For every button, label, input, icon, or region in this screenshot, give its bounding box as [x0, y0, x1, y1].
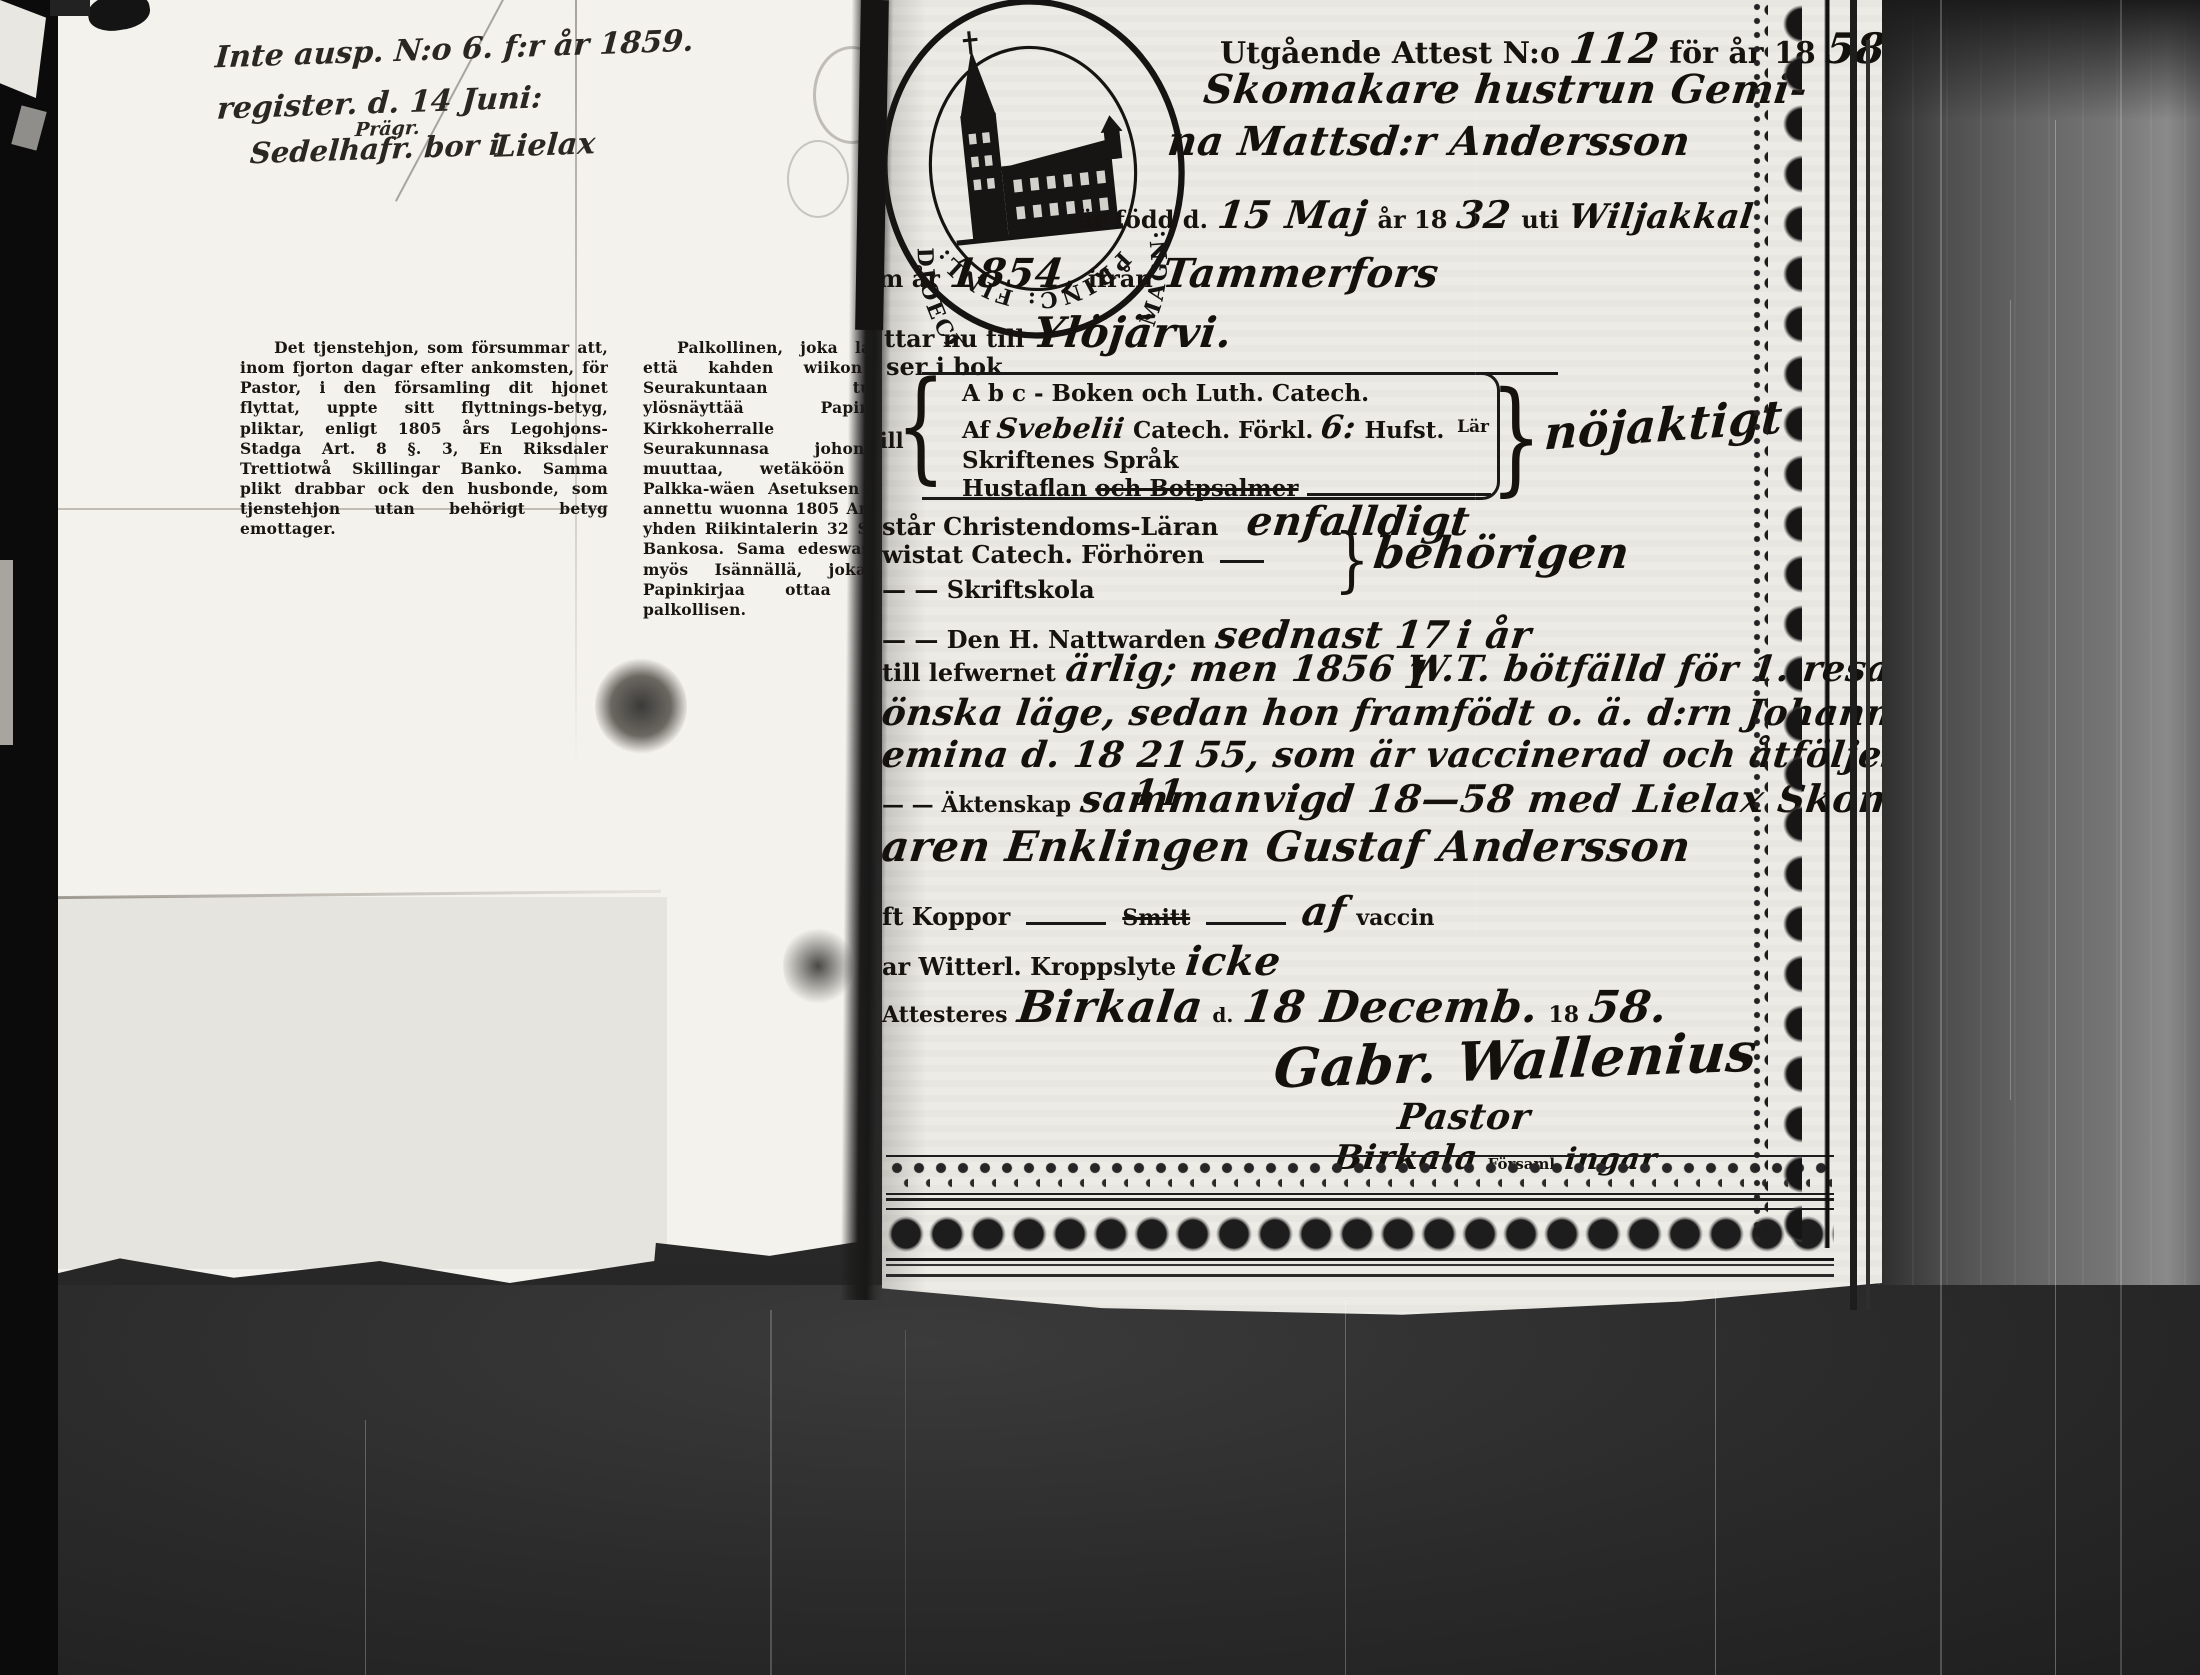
reading-skills-box: A b c - Boken och Luth. Catech. Af Svebe…: [922, 372, 1500, 500]
reading-verdict: nöjaktigt: [1542, 390, 1784, 461]
destination-place: Ylöjärvi.: [1031, 308, 1235, 357]
born-place-label: uti: [1521, 205, 1559, 234]
born-year-label: år 18: [1377, 205, 1447, 234]
dash-mark: [1206, 909, 1286, 925]
book-gutter-shadow-top: [855, 0, 889, 330]
behorigen-note: behörigen: [1374, 528, 1629, 579]
spouse-name-text: aren Enklingen Gustaf Andersson: [879, 822, 1694, 871]
film-scratch: [2055, 120, 2056, 1675]
dash-mark: [1026, 909, 1106, 925]
ornamental-bottom-rule: [886, 1274, 1834, 1277]
paper-fragment: [0, 560, 13, 745]
smallpox-by: af: [1299, 888, 1349, 935]
left-page: Inte ausp. N:o 6. f:r år 1859. register.…: [55, 0, 867, 1292]
birth-place: Wiljakkal: [1567, 197, 1756, 237]
film-scratch: [1940, 0, 1942, 1675]
skriftskola-line: — — Skriftskola: [882, 575, 1095, 604]
ornamental-bottom-line: [886, 1198, 1834, 1201]
birth-year: 32: [1455, 192, 1514, 237]
handwritten-continuation-3: aren Enklingen Gustaf Andersson: [882, 822, 1691, 871]
film-scratch: [770, 1310, 772, 1675]
film-scratch: [1345, 1300, 1346, 1675]
microfilm-scan: Inte ausp. N:o 6. f:r år 1859. register.…: [0, 0, 2200, 1675]
stamp-ghost: [787, 140, 849, 218]
ornamental-bottom-rosette-band: [886, 1208, 1834, 1261]
film-scratch: [2120, 0, 2122, 1675]
ornamental-side-border: [1750, 0, 1834, 1248]
pastor-title-text: Pastor: [1395, 1096, 1532, 1138]
attestation-line: Attesteres Birkala d. 18 Decemb. 18 58.: [882, 982, 1667, 1033]
box-close-brace: }: [1490, 366, 1542, 509]
moved-from-place: Tammerfors: [1160, 250, 1441, 297]
box-catechism-chapters: 6:: [1319, 408, 1359, 446]
page-edge-line: [1866, 40, 1870, 1310]
moved-line: m år 1854, ifrån Tammerfors: [878, 250, 1438, 297]
reading-verdict-text: nöjaktigt: [1543, 389, 1784, 460]
film-edge-left: [0, 0, 58, 1675]
handwritten-note-place: Lielax: [494, 126, 597, 165]
handwritten-note-line3: Sedelhafr. bor i: [249, 128, 502, 171]
box-catechism-of-label: Af: [962, 417, 989, 444]
vaccin-label: vaccin: [1356, 905, 1434, 931]
person-name-line1: Skomakare hustrun Gemi-: [1204, 66, 1807, 113]
printed-column-swedish: Det tjenstehjon, som försummar att, inom…: [240, 338, 608, 539]
person-name-line2-text: na Mattsd:r Andersson: [1165, 118, 1693, 165]
box-row-abc: A b c - Boken och Luth. Catech.: [962, 380, 1497, 407]
box-row-abc-text: A b c - Boken och Luth. Catech.: [962, 380, 1369, 407]
attestation-date: 18 Decemb.: [1240, 982, 1541, 1033]
behorigen-text: behörigen: [1371, 528, 1633, 579]
skriftskola-label: — — Skriftskola: [882, 575, 1095, 604]
box-catechism-label: Catech. Förkl.: [1133, 417, 1313, 444]
ornamental-bottom-rule: [886, 1264, 1834, 1266]
film-scratch: [2010, 300, 2011, 1100]
bodily-defect-line: ar Witterl. Kroppslyte icke: [882, 938, 1281, 985]
child-birth-date-prefix: emina d. 18: [879, 734, 1127, 776]
film-scratch: [905, 1330, 906, 1675]
box-row-catechism: Af Svebelii Catech. Förkl. 6: Hufst.: [962, 408, 1497, 446]
printed-column-swedish-text: Det tjenstehjon, som försummar att, inom…: [240, 338, 608, 539]
attestation-day-label: d.: [1212, 1003, 1233, 1027]
struck-smitt: Smitt: [1122, 905, 1190, 931]
film-background-top-right: [1878, 0, 2200, 120]
right-page-certificate: DIOECESIS ABOENSIS. MAGN: PRINC: FINL:: [882, 0, 1882, 1320]
bodily-defect-answer: icke: [1183, 938, 1283, 985]
box-tail-word: Lär: [1457, 417, 1489, 437]
ink-blot: [50, 0, 90, 16]
page-edge-line: [1850, 0, 1857, 1310]
bodily-defect-label: ar Witterl. Kroppslyte: [882, 952, 1176, 981]
ink-smudge: [595, 658, 687, 754]
marriage-label: — — Äktenskap: [882, 792, 1071, 818]
forhoren-label: wistat Catech. Förhören: [882, 540, 1204, 569]
box-row-scripture: Skriftenes Språk: [962, 447, 1497, 474]
conduct-label: till lefwernet: [882, 658, 1056, 687]
person-name-line2: na Mattsd:r Andersson: [1168, 118, 1690, 165]
box-catechism-author: Svebelii: [995, 412, 1127, 445]
page-shadow: [55, 897, 667, 1269]
ornamental-bottom-lace-band: [886, 1155, 1834, 1195]
film-scratch: [1715, 1290, 1716, 1675]
birth-line: är född d. 15 Maj år 18 32 uti Wiljakkal: [1078, 192, 1753, 237]
grouping-brace: }: [1334, 520, 1370, 601]
smallpox-label: ft Koppor: [882, 902, 1010, 931]
attestation-century: 18: [1548, 1002, 1579, 1028]
box-catechism-unit-label: Hufst.: [1364, 417, 1444, 444]
film-scratch: [1475, 60, 1476, 940]
handwritten-note-line1: Inte ausp. N:o 6. f:r år 1859.: [214, 24, 695, 76]
film-scratch: [365, 1420, 366, 1675]
forhoren-line: wistat Catech. Förhören: [882, 540, 1270, 569]
moved-year: 1854,: [947, 250, 1081, 297]
person-name-line1-text: Skomakare hustrun Gemi-: [1201, 66, 1810, 113]
destination-label: ttar nu till: [884, 324, 1024, 353]
moved-from-label: ifrån: [1088, 264, 1153, 293]
attestation-place: Birkala: [1014, 982, 1205, 1033]
box-row-scripture-text: Skriftenes Språk: [962, 447, 1179, 474]
born-label: är född d.: [1078, 205, 1208, 234]
attestation-label: Attesteres: [882, 1002, 1008, 1028]
film-background-bottom: [0, 1285, 2200, 1675]
strike-line: [1307, 480, 1491, 496]
christendom-label: står Christendoms-Läran: [882, 512, 1219, 541]
birth-date: 15 Maj: [1215, 192, 1370, 237]
destination-line: ttar nu till Ylöjärvi.: [884, 308, 1232, 357]
smallpox-line: ft Koppor Smitt af vaccin: [882, 888, 1435, 935]
pastor-title: Pastor: [1398, 1096, 1530, 1138]
dash-mark: [1220, 547, 1264, 563]
fraction-numerator: 21: [1135, 737, 1191, 775]
